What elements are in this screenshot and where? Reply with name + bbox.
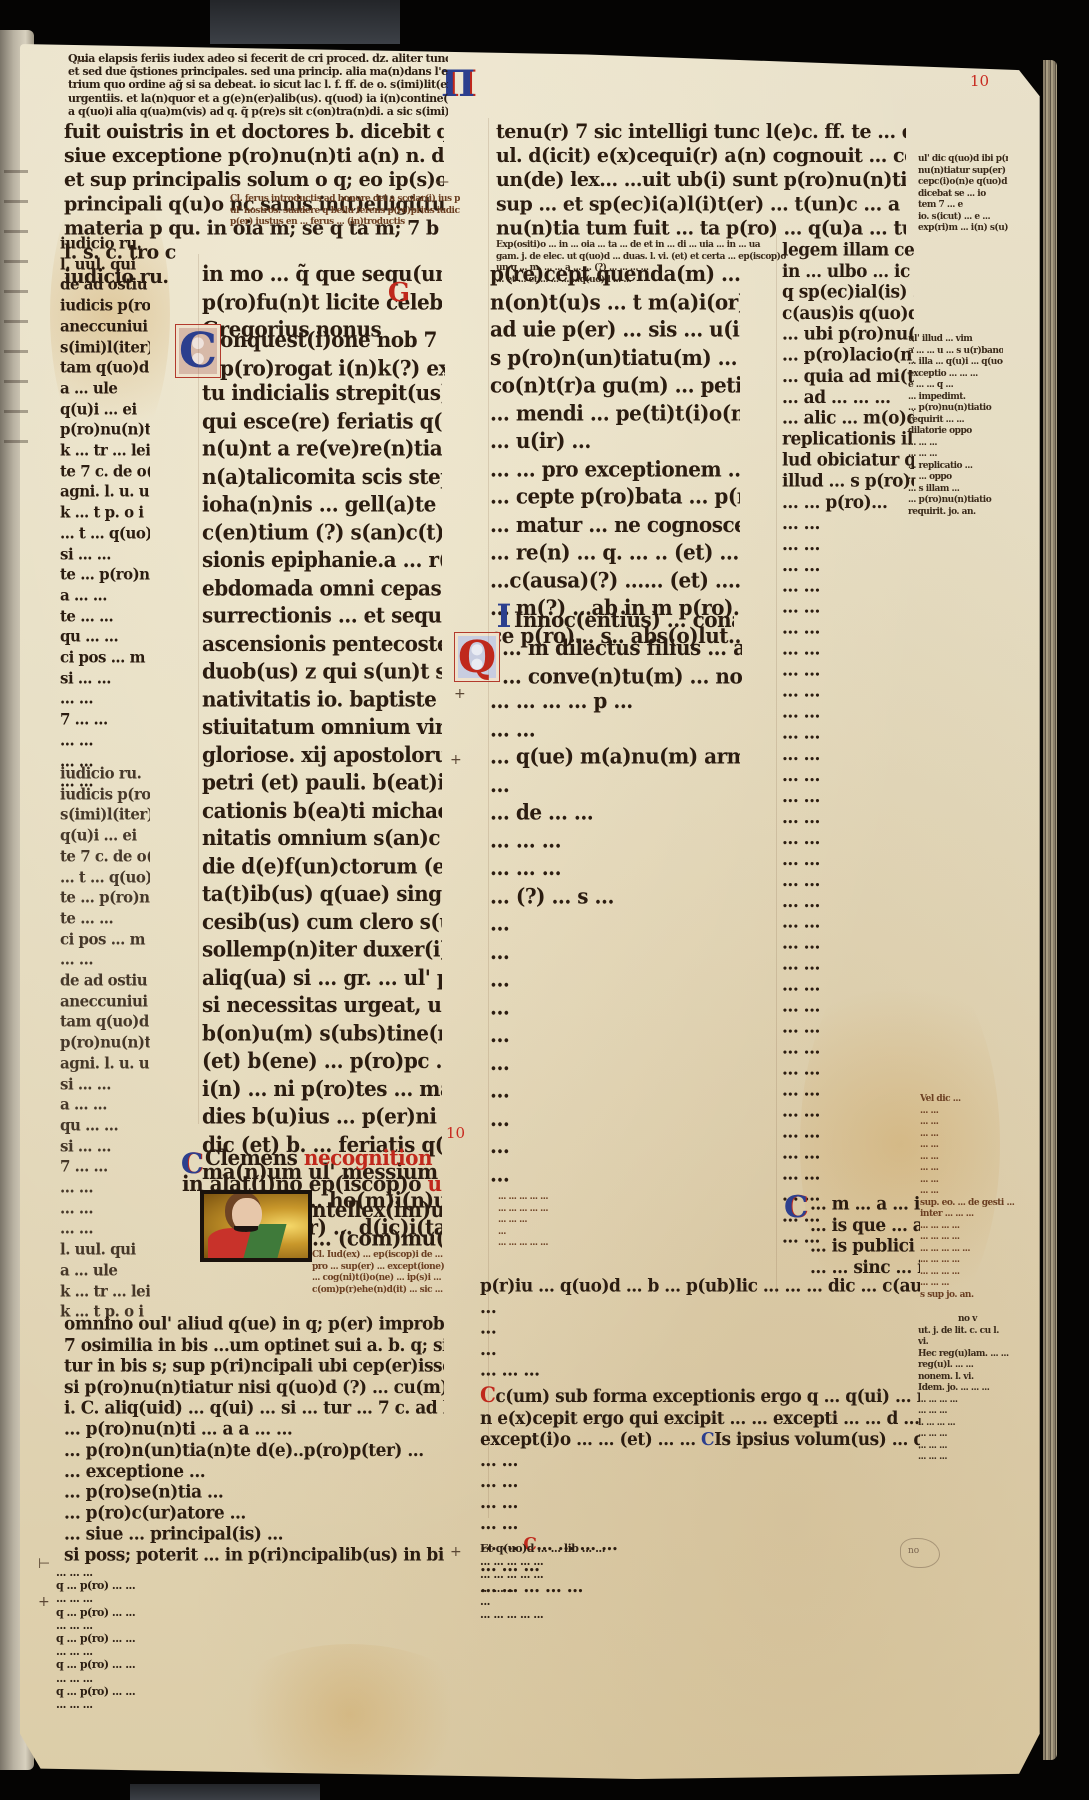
- text-line: ... m dilectus filius ... abbas: [502, 634, 742, 662]
- margin-line: ... ... ...: [908, 438, 1003, 450]
- margin-line: a ... ... u ... s u(r)bano.: [908, 346, 1003, 358]
- gloss-line: si p(ro)nu(n)tiatur nisi q(uo)d (?) ... …: [64, 1377, 444, 1398]
- gloss-line: a ... ...: [60, 586, 150, 607]
- text-line: Cc(um) sub forma exceptionis ergo q ... …: [480, 1381, 920, 1408]
- text-line: ... matur ... ne cognoscendu(m): [490, 510, 740, 538]
- text-line: ... m ... a ... illa: [810, 1194, 920, 1215]
- innocentius-heading: Innoc(entius) ... conari(?): [514, 606, 734, 634]
- gloss-line: si ... ...: [60, 1136, 150, 1157]
- gloss-line: ... ... ...: [56, 1645, 426, 1658]
- margin-line: ... ...: [920, 1106, 1016, 1118]
- margin-line: Vel dic ...: [920, 1094, 1016, 1106]
- text-line: surrectionis ... et sequentib(us): [202, 602, 442, 630]
- nota-mark: no v: [918, 1314, 1018, 1326]
- text-line: nativitatis io. baptiste fe: [202, 685, 442, 713]
- margin-line: nu(n)tiatur sup(er) ex: [918, 166, 1008, 178]
- gloss-line: ... ... ...: [480, 1360, 920, 1381]
- text-line: n(a)talicomita scis stephan(i): [202, 462, 442, 490]
- paragraph-mark-blue: C: [701, 1429, 714, 1450]
- left-main-text-body: tu indicialis strepit(us) diebus o qui e…: [202, 379, 442, 1242]
- pen-mark: ⊢: [38, 1556, 50, 1572]
- gloss-line: ... p(ro)c(ur)atore ...: [64, 1503, 444, 1524]
- gloss-line: 7 osimilia in bis ...um optinet sui a. b…: [64, 1335, 444, 1356]
- gloss-line: nu(n)tia tum fuit ... ta p(ro) ... q(u)a…: [496, 217, 906, 241]
- text-line: ntellex(im)us q(uod) ...: [312, 1196, 442, 1224]
- text-line: ... ...: [782, 639, 914, 660]
- text-line: ... p(ro)lacio(n)i ...: [782, 345, 914, 366]
- margin-line: reg(u)l. ... ...: [918, 1360, 1018, 1372]
- right-lower-inline-gloss: ... ... ... ... ... ... ... ... ... ... …: [498, 1192, 818, 1250]
- text-line: ... mendi ... pe(ti)t(i)o(n)e ... ... c …: [490, 399, 740, 427]
- text-line: ... ...: [782, 513, 914, 534]
- text-line: ... ...: [782, 975, 914, 996]
- text-line: n(u)nt a re(ve)re(n)tia nativitatis (et)…: [202, 435, 442, 463]
- text-line: c(aus)is q(uo)d ne ... me: [782, 303, 914, 324]
- text-line: dies b(u)ius ... p(er)ni ... in gal(i)a …: [202, 1102, 442, 1130]
- photo-tab-top: [210, 0, 400, 44]
- margin-line: ... ...: [920, 1163, 1016, 1175]
- text-line: ... ...: [782, 702, 914, 723]
- margin-line: ut. j. de lit. c. cu l.: [918, 1326, 1018, 1338]
- text-line: ... ...: [782, 1038, 914, 1059]
- gloss-line: et sup principalis solum o q; eo ip(s)o …: [64, 168, 444, 192]
- gloss-line: ci pos ... m: [60, 930, 150, 951]
- text-line: ... ...: [782, 912, 914, 933]
- text-line: ... ... p(ro)...: [782, 492, 914, 513]
- pen-mark: —: [435, 174, 449, 190]
- margin-line: ... ...: [920, 1175, 1016, 1187]
- text-line: onquest(i)one nob 7 ... Quia u(ero) n(on…: [220, 326, 445, 354]
- margin-line: cepc(i)o(n)e q(uo)d ... illa le: [918, 177, 1008, 189]
- text-line: ... ...: [782, 828, 914, 849]
- left-column-bottom-gloss: omnino oul' aliud q(ue) in q; p(er) impr…: [64, 1314, 444, 1566]
- text-line: gloriose. xij apostolorum p(re)cipue: [202, 741, 442, 769]
- margin-line: ... illa ... q(u)i ... q(uod): [908, 357, 1003, 369]
- margin-line: ul' dic q(uo)d ibi p(ro): [918, 154, 1008, 166]
- gloss-line: ...: [498, 1227, 818, 1239]
- margin-line: requirit. jo. an.: [908, 507, 1003, 519]
- text-line: ...: [490, 1049, 740, 1077]
- text-line: ... ...: [782, 933, 914, 954]
- gloss-line: k ... tr ... lei: [60, 1281, 150, 1302]
- gloss-line: ... ... ...: [56, 1698, 426, 1711]
- text-line: ... ...: [782, 1059, 914, 1080]
- text-line: die d(e)f(un)ctorum (et) dedicat(ionis) …: [202, 852, 442, 880]
- gloss-line: de ad ostiu: [60, 971, 150, 992]
- gloss-line: ... ... ... ... ...: [498, 1192, 818, 1204]
- margin-line: dicebat se ... io: [918, 189, 1008, 201]
- gloss-line: q ... p(ro) ... ...: [56, 1632, 426, 1645]
- text-line: except(i)o ... ... (et) ... ... CIs ipsi…: [480, 1429, 920, 1450]
- text-line: ... is que ... a ...: [810, 1215, 920, 1236]
- gloss-line: ... ... ...: [56, 1672, 426, 1685]
- gloss-line: Cl. ferus introductis ad honore dei a sc…: [230, 194, 460, 206]
- margin-line: ... ...: [920, 1140, 1016, 1152]
- gloss-line: tenu(r) 7 sic intelligi tunc l(e)c. ff. …: [496, 120, 906, 144]
- gloss-line: siue exceptione p(ro)nu(n)ti a(n) n. d; …: [64, 144, 444, 168]
- text-line: ... ...: [782, 1017, 914, 1038]
- text-line: ... ...: [782, 723, 914, 744]
- gloss-line: te ... ...: [60, 909, 150, 930]
- gloss-line: et sed due q̄stiones principales. sed un…: [68, 65, 448, 78]
- gloss-line: trium quo ordine ag̃ si sa debeat. io si…: [68, 78, 448, 91]
- folio-number: 104: [1005, 54, 1030, 69]
- gloss-line: q ... p(ro) ... ...: [56, 1685, 426, 1698]
- text-line: ta(t)ib(us) q(uae) sing(u)li ep(iscop)i …: [202, 880, 442, 908]
- text-line: p(ro)rogat i(n)k(?) expedi(t) ... q(u)o(…: [220, 354, 445, 382]
- margin-line: ... ... ... ... ...: [920, 1244, 1016, 1256]
- gloss-line: ... ...: [480, 1450, 920, 1471]
- gloss-line: Cl. Iud(ex) ... ep(iscop)i de ... pro ..…: [312, 1250, 452, 1296]
- text-line: ... cepte p(ro)bata ... p(ri)ncipal(is) …: [490, 483, 740, 511]
- gloss-line: q(u)i ... ei: [60, 400, 150, 421]
- text-line: ... ... ...: [490, 854, 740, 882]
- text-line: ... ...: [782, 1164, 914, 1185]
- text-line: ... ...: [782, 891, 914, 912]
- innocentius-text-body: ... ... ... ... p ... ... ... ... q(ue) …: [490, 687, 740, 1188]
- gloss-line: ... ... ... ... ...: [480, 1555, 910, 1568]
- margin-line: ... p(ro)nu(n)tiatio: [908, 495, 1003, 507]
- gloss-line: ... t ... q(uo)d: [60, 867, 150, 888]
- gloss-line: q ... p(ro) ... ...: [56, 1658, 426, 1671]
- gloss-line: ... ... ...: [56, 1592, 426, 1605]
- gloss-line: qu ... ...: [60, 1116, 150, 1137]
- text-span: c(um) sub forma exceptionis ergo q ... q…: [495, 1386, 920, 1407]
- text-line: ... ...: [782, 576, 914, 597]
- text-line: ...: [490, 1160, 740, 1188]
- miniature-portrait: [200, 1190, 312, 1262]
- pen-mark: +: [454, 686, 466, 702]
- right-column-gloss-large: tenu(r) 7 sic intelligi tunc l(e)c. ff. …: [496, 120, 906, 241]
- gloss-line: te ... ...: [60, 606, 150, 627]
- ruling-line: [776, 234, 777, 1294]
- text-line: ... ...: [782, 1101, 914, 1122]
- text-line: ... ...: [782, 870, 914, 891]
- margin-line: ... ... ...: [908, 449, 1003, 461]
- gloss-line: urgentiis. et la(n)quor et a g(e)n(er)al…: [68, 92, 448, 105]
- margin-line: l. ... ... ...: [918, 1418, 1018, 1430]
- text-line: ... ... pro exceptionem ...: [490, 455, 740, 483]
- gloss-line: fuit ouistris in et doctores b. dicebit …: [64, 120, 444, 144]
- text-line: ...: [490, 1021, 740, 1049]
- right-margin-note-lower: no v ut. j. de lit. c. cu l. vi. Hec reg…: [918, 1314, 1018, 1464]
- pen-mark: ⌐: [76, 54, 88, 70]
- text-line: ... ...: [782, 618, 914, 639]
- gloss-line: ul. d(icit) e(x)cequi(r) a(n) cognouit .…: [496, 144, 906, 168]
- text-line: ... ...: [782, 1122, 914, 1143]
- text-line: ...: [490, 1104, 740, 1132]
- gloss-line: ... ...: [60, 1198, 150, 1219]
- text-line: ... ...: [782, 765, 914, 786]
- initial-g-red: G: [387, 280, 411, 306]
- gloss-line: ... ...: [60, 1178, 150, 1199]
- gloss-line: ... p(ro)n(un)tia(n)te d(e)..p(ro)p(ter)…: [64, 1440, 444, 1461]
- text-line: ...: [490, 993, 740, 1021]
- gloss-line: ul' nostros. suadere q bellu ferens p(ro…: [230, 206, 460, 218]
- margin-line: Hec reg(u)lam. ... ...: [918, 1349, 1018, 1361]
- text-line: (et) b(ene) ... p(ro)pc ... ut p(re)tas …: [202, 1047, 442, 1075]
- text-line: ... conve(n)tu(m) ... nobilib(us) ...: [502, 662, 742, 690]
- text-line: replicationis il: [782, 429, 914, 450]
- text-line: ... ...: [782, 1080, 914, 1101]
- gloss-line: ... exceptione ...: [64, 1461, 444, 1482]
- gloss-line: qu ... ...: [60, 627, 150, 648]
- text-line: ...c(ausa)(?) ...... (et) ...... t..: [490, 566, 740, 594]
- gloss-line: ... ... ... ... ...: [498, 1204, 818, 1216]
- initial-i-blue: I: [496, 600, 512, 632]
- text-line: ... ...: [782, 1143, 914, 1164]
- text-line: stiuitatum omnium virgi: [202, 713, 442, 741]
- gloss-line: omnino oul' aliud q(ue) in q; p(er) impr…: [64, 1314, 444, 1335]
- text-line: ... ...: [782, 681, 914, 702]
- gloss-line: ... p(ro)nu(n)ti ... a a ... ...: [64, 1419, 444, 1440]
- margin-line: sup. eo. ... de gesti ... ...: [920, 1198, 1016, 1210]
- ruling-line: [488, 118, 489, 1518]
- text-line: ad uie p(er) ... sis ... u(ir) ... (?) .…: [490, 316, 740, 344]
- text-line: ... ... ... ... p ...: [490, 687, 740, 715]
- text-line: ... (com)mu(ni)t(er) q(uo)d az: [312, 1224, 442, 1252]
- right-subcolumn-text: legem illam cepi in ... ulbo ... ic q sp…: [782, 240, 914, 1248]
- top-pencil-note: b ordine vug: [955, 48, 1013, 58]
- margin-line: ... s illam ...: [908, 484, 1003, 496]
- gloss-line: k ... tr ... lei: [60, 441, 150, 462]
- gloss-line: iudicis p(ro): [60, 296, 150, 317]
- gloss-bottom-right: Et q(uo)d ... ... lib ... ... ... ... ..…: [480, 1542, 910, 1621]
- text-line: qui esce(re) feriatis q(u)i obtiue: [202, 407, 442, 435]
- gloss-line: ... ... ...: [56, 1619, 426, 1632]
- innocentius-text: ... m dilectus filius ... abbas ... conv…: [502, 634, 742, 690]
- clemens-text-continued: ntellex(im)us q(uod) ... ... (com)mu(ni)…: [312, 1196, 442, 1252]
- text-line: aliq(ua) si ... gr. ... ul' pietas: [202, 963, 442, 991]
- margin-line: s sup jo. an.: [920, 1290, 1016, 1302]
- margin-line: ... ... ...: [920, 1278, 1016, 1290]
- right-column-main-text: p(re)cept quenda(m) ... m(u)l(t)u(m) (te…: [490, 260, 740, 650]
- text-line: co(n)t(r)a gu(m) ... petitione ... c ...: [490, 371, 740, 399]
- margin-line: ... replicatio ...: [908, 461, 1003, 473]
- gloss-line: p(ro)nu(n)tiat: [60, 1033, 150, 1054]
- nota-bene-doodle: [900, 1538, 940, 1568]
- gloss-line: s(imi)l(iter) ... ac: [60, 337, 150, 358]
- text-line: ...: [490, 770, 740, 798]
- margin-line: e ... ... q ...: [908, 380, 1003, 392]
- red-folio-number: 10: [970, 72, 989, 90]
- gloss-line: si ... ...: [60, 1074, 150, 1095]
- margin-line: ... impedimt.: [908, 392, 1003, 404]
- gloss-line: tam q(uo)d ne: [60, 1012, 150, 1033]
- text-line: lud obiciatur q;: [782, 450, 914, 471]
- margin-line: ... ... ... ...: [918, 1395, 1018, 1407]
- gloss-line: si poss; poterit ... in p(ri)ncipalib(us…: [64, 1545, 444, 1566]
- margin-line: ... ...: [920, 1152, 1016, 1164]
- text-line: ... ...: [782, 744, 914, 765]
- margin-line: ... ...: [920, 1186, 1016, 1198]
- text-line: ioha(n)nis ... gell(a)te (in)no(n): [202, 490, 442, 518]
- gloss-line: tam q(uo)d ne: [60, 358, 150, 379]
- gloss-line: ... ... ...: [498, 1215, 818, 1227]
- gloss-line: n e(x)cepit ergo qui excipit ... ... exc…: [480, 1408, 920, 1429]
- text-line: ... ubi p(ro)nu(n)ciat ...: [782, 324, 914, 345]
- text-line: cesib(us) cum clero s(uo) p(ro)p(ri)o: [202, 908, 442, 936]
- gloss-line: te ... p(ro)nu: [60, 888, 150, 909]
- margin-line: ... ... ...: [918, 1441, 1018, 1453]
- text-line: ... ...: [782, 954, 914, 975]
- gloss-line: ...: [480, 1595, 910, 1608]
- text-span: except(i)o ... ... (et) ... ...: [480, 1429, 696, 1450]
- margin-line: ... ... ... ...: [920, 1232, 1016, 1244]
- gloss-line: 7 ... ...: [60, 710, 150, 731]
- gloss-line: agni. l. u. u.: [60, 1054, 150, 1075]
- text-line: ... ...: [782, 534, 914, 555]
- text-line: ... q(ue) m(a)nu(m) armat(u)ra ...: [490, 743, 740, 771]
- gloss-line: a ... ...: [60, 1095, 150, 1116]
- gloss-line: ... ... ...: [480, 1582, 910, 1595]
- text-line: ... ... ...: [490, 826, 740, 854]
- gloss-line: 7 ... ...: [60, 1157, 150, 1178]
- text-line: n(on)t(u)s ... t m(a)i(or)u(m) ... a(b) …: [490, 288, 740, 316]
- gloss-line: Et q(uo)d ... ... lib ... ...: [480, 1542, 910, 1555]
- gloss-line: a q(uo)i alia q(ua)m(vis) ad q. q̃ p(re)…: [68, 105, 448, 118]
- gloss-line: a ... ule: [60, 379, 150, 400]
- left-gloss-column: iudicio ru. l. uul. qui de ad ostiu iudi…: [60, 234, 150, 793]
- text-line: ... ...: [782, 660, 914, 681]
- text-line: ... ...: [782, 786, 914, 807]
- pen-mark: +: [450, 752, 462, 768]
- gloss-line: sup ... et sp(ec)i(a)l(i)t(er) ... t(un)…: [496, 192, 906, 216]
- gloss-line: s(imi)l(iter) ... ac: [60, 805, 150, 826]
- margin-line: ... ... ...: [918, 1452, 1018, 1464]
- gloss-line: k ... t p. o i: [60, 503, 150, 524]
- text-line: ... de ... ...: [490, 798, 740, 826]
- text-line: sollemp(n)iter duxer(i)nt (?) ...: [202, 936, 442, 964]
- text-line: ... re(n) ... q. ... .. (et) ... (?) ...: [490, 538, 740, 566]
- gloss-line: ... p(ro)se(n)tia ...: [64, 1482, 444, 1503]
- text-line: q sp(ec)ial(is) ... l(ibr)o ...: [782, 282, 914, 303]
- gloss-line: q ... p(ro) ... ...: [56, 1579, 426, 1592]
- gloss-line: te ... p(ro)nu: [60, 565, 150, 586]
- margin-line: exp(ri)m ... i(n) s(u)m(m)a: [918, 223, 1008, 235]
- text-line: ... ...: [782, 849, 914, 870]
- margin-line: ... ... ... ...: [920, 1255, 1016, 1267]
- margin-line: io. s(icut) ... e ...: [918, 212, 1008, 224]
- gloss-line: ... ...: [60, 950, 150, 971]
- text-line: ...: [490, 910, 740, 938]
- photo-tab-bottom: [130, 1784, 320, 1800]
- gloss-line: ... ... ... ... ...: [480, 1568, 910, 1581]
- text-line: ... is publici ...: [810, 1236, 920, 1257]
- margin-line: Idem. jo. ... ... ...: [918, 1383, 1018, 1395]
- text-span: Is ipsius volum(us) ... q(ui) debuit ...: [714, 1429, 920, 1450]
- gloss-line: ... ...: [60, 1219, 150, 1240]
- gloss-line: agni. l. u. u.: [60, 482, 150, 503]
- left-inline-gloss: Cl. ferus introductis ad honore dei a sc…: [230, 194, 460, 229]
- text-line: in ... ulbo ... ic: [782, 261, 914, 282]
- initial-c-blue-right: C: [784, 1192, 808, 1222]
- gloss-line: tur in bis s; sup p(ri)ncipali ubi cep(e…: [64, 1356, 444, 1377]
- text-line: illud ... s p(ro)cu(ra)...: [782, 471, 914, 492]
- rubric-reference: um.xz.: [428, 1171, 442, 1196]
- text-line: ... u(ir) ...: [490, 427, 740, 455]
- figure-collar: [234, 1226, 258, 1232]
- right-margin-note-middle: ul' illud ... vim a ... ... u ... s u(r)…: [908, 334, 1003, 518]
- text-line: ... ad ... ... ...: [782, 387, 914, 408]
- margin-line: ... ...: [920, 1117, 1016, 1129]
- red-marginal-numeral: 10: [446, 1124, 465, 1142]
- gloss-line: Exp(ositi)o ... in ... oia ... ta ... de…: [496, 240, 786, 252]
- gloss-line: ...: [480, 1318, 920, 1339]
- text-line: ... (?) ... s ...: [490, 882, 740, 910]
- gloss-line: ... ... ...: [56, 1566, 426, 1579]
- gloss-line: ci pos ... m: [60, 648, 150, 669]
- right-margin-brown-gloss: Vel dic ... ... ... ... ... ... ... ... …: [920, 1094, 1016, 1301]
- clemens-heading: Clemens necognition: [205, 1144, 445, 1172]
- text-line: ... alic ... m(o)dum: [782, 408, 914, 429]
- text-line: nitatis omnium s(an)c(t)orum et co(m): [202, 824, 442, 852]
- gloss-line: ... ...: [480, 1492, 920, 1513]
- text-line: ... ...: [782, 555, 914, 576]
- gloss-line: ... ... ... ... ...: [480, 1608, 910, 1621]
- margin-line: requirit ... ...: [908, 415, 1003, 427]
- rubric-reference: necognition: [304, 1145, 432, 1170]
- gloss-line: ...: [480, 1297, 920, 1318]
- text-line: ... ...: [782, 807, 914, 828]
- gloss-line: i. C. aliq(uid) ... q(ui) ... si ... tur…: [64, 1398, 444, 1419]
- gloss-line: ... ...: [60, 731, 150, 752]
- gloss-line: ... ...: [480, 1513, 920, 1534]
- gloss-line: q(u)i ... ei: [60, 826, 150, 847]
- margin-line: ... ... ... ...: [920, 1267, 1016, 1279]
- text-line: ... ...: [782, 597, 914, 618]
- margin-line: ... ... ...: [918, 1429, 1018, 1441]
- pen-mark: +: [450, 1544, 462, 1560]
- left-gloss-column-continued: iudicio ru. iudicis p(ro) s(imi)l(iter) …: [60, 764, 150, 1331]
- gloss-line: l. uul. qui: [60, 1240, 150, 1261]
- gloss-line: p(r)iu ... q(uo)d ... b ... p(ub)lic ...…: [480, 1276, 920, 1297]
- right-margin-note-top: ul' dic q(uo)d ibi p(ro) nu(n)tiatur sup…: [918, 154, 1008, 235]
- text-line: ... ... sinc ... is: [810, 1257, 920, 1278]
- gloss-line: te 7 c. de o(r): [60, 462, 150, 483]
- gloss-line: aneccuniui: [60, 992, 150, 1013]
- gloss-line: si ... ...: [60, 668, 150, 689]
- margin-line: ... ... ... ...: [920, 1221, 1016, 1233]
- margin-line: ... ...: [920, 1129, 1016, 1141]
- margin-line: dilatorie oppo: [908, 426, 1003, 438]
- margin-line: ul' illud ... vim: [908, 334, 1003, 346]
- text-line: ... ...: [782, 996, 914, 1017]
- rubric-innocentius: Innoc(entius) ... conari(?): [514, 606, 734, 634]
- gloss-line: iudicio ru.: [60, 764, 150, 785]
- text-line: p(re)cept quenda(m) ... m(u)l(t)u(m) (te…: [490, 260, 740, 288]
- text-line: Clemens necognition: [205, 1144, 445, 1172]
- page-fore-edge: [1043, 60, 1057, 1760]
- gloss-line: p(er) iustus en ... ferus ... (in)troduc…: [230, 217, 460, 229]
- gloss-line: ... ...: [480, 1471, 920, 1492]
- gloss-top: Quia elapsis feriis iudex adeo si feceri…: [68, 52, 448, 118]
- gloss-line: te 7 c. de o(r): [60, 847, 150, 868]
- text-line: ...: [490, 1077, 740, 1105]
- pen-mark: +: [38, 1594, 50, 1610]
- text-line: legem illam cepi: [782, 240, 914, 261]
- gloss-line: aneccuniui: [60, 317, 150, 338]
- text-line: sionis epiphanie.a ... r(am)is pal(marum…: [202, 546, 442, 574]
- right-subcolumn-c-text: ... m ... a ... illa ... is que ... a ..…: [810, 1194, 920, 1278]
- text-line: ... quia ad mi(tti)t ...: [782, 366, 914, 387]
- gloss-line: un(de) lex... ...uit ub(i) sunt p(ro)nu(…: [496, 168, 906, 192]
- margin-line: tem 7 ... e: [918, 200, 1008, 212]
- gloss-line: q ... p(ro) ... ...: [56, 1606, 426, 1619]
- margin-line: inter ... ... ...: [920, 1209, 1016, 1221]
- gloss-line: ... siue ... principal(is) ...: [64, 1524, 444, 1545]
- gloss-line: si ... ...: [60, 544, 150, 565]
